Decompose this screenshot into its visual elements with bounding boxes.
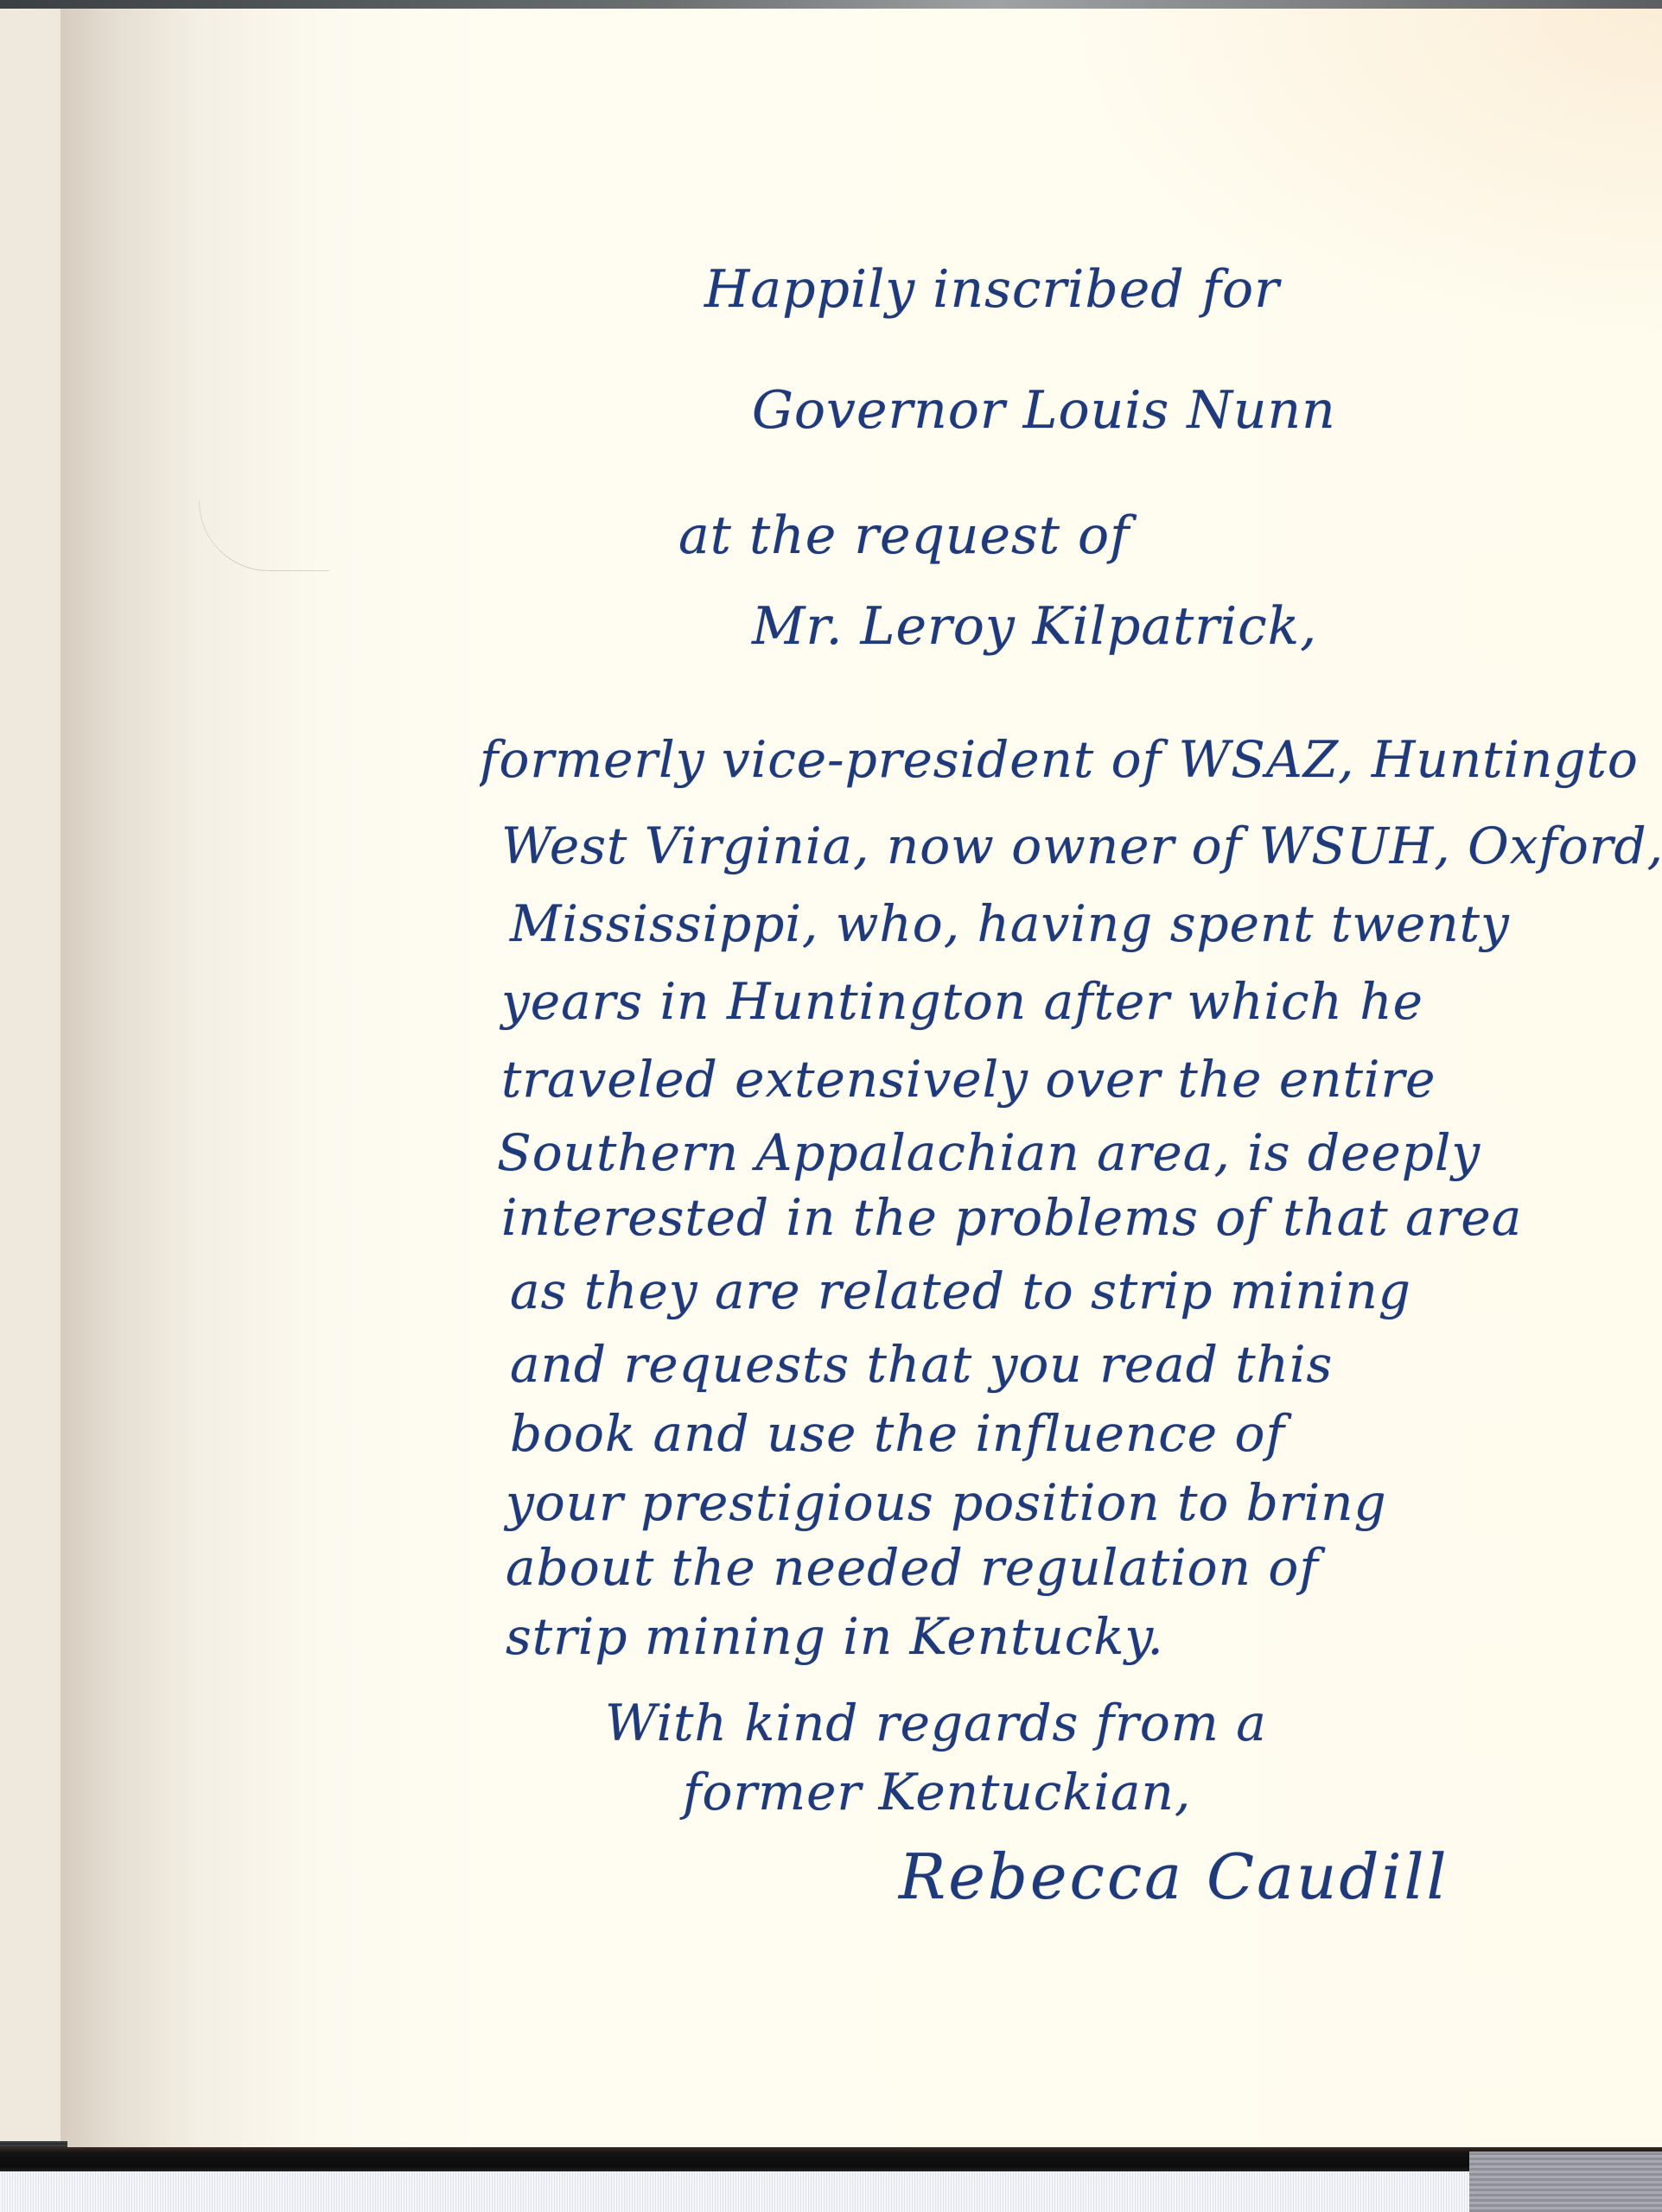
inscription-closing-line: former Kentuckian, bbox=[683, 1763, 1191, 1821]
inscription-body-line: formerly vice-president of WSAZ, Hunting… bbox=[480, 730, 1662, 789]
inscription-body-line: and requests that you read this bbox=[510, 1335, 1333, 1394]
inscription-body-line: book and use the influence of bbox=[510, 1404, 1285, 1463]
scanner-bed-shadow bbox=[1469, 2152, 1662, 2212]
inscription-body-line: about the needed regulation of bbox=[506, 1538, 1319, 1597]
inscription-body-line: Mississippi, who, having spent twenty bbox=[510, 894, 1510, 953]
book-cover-bottom-edge bbox=[0, 2147, 1662, 2171]
author-signature: Rebecca Caudill bbox=[899, 1840, 1449, 1913]
inscription-body-line: your prestigious position to bring bbox=[506, 1473, 1387, 1532]
inscription-body-line: as they are related to strip mining bbox=[510, 1262, 1411, 1320]
scanner-bed bbox=[0, 2171, 1662, 2212]
inscription-body-line: years in Huntington after which he bbox=[501, 972, 1423, 1031]
handwritten-inscription: Happily inscribed for Governor Louis Nun… bbox=[0, 0, 1662, 2147]
inscription-closing-line: With kind regards from a bbox=[605, 1694, 1267, 1752]
inscription-body-line: Southern Appalachian area, is deeply bbox=[497, 1123, 1481, 1182]
inscription-heading-line: Mr. Leroy Kilpatrick, bbox=[752, 596, 1317, 657]
inscription-heading-line: Happily inscribed for bbox=[704, 259, 1280, 320]
inscription-body-line: traveled extensively over the entire bbox=[501, 1050, 1436, 1109]
inscription-body-line: West Virginia, now owner of WSUH, Oxford… bbox=[501, 817, 1662, 875]
inscription-body-line: strip mining in Kentucky. bbox=[506, 1607, 1164, 1666]
inscription-heading-line: at the request of bbox=[678, 505, 1130, 566]
inscription-body-line: interested in the problems of that area bbox=[501, 1188, 1522, 1247]
inscription-heading-line: Governor Louis Nunn bbox=[752, 380, 1336, 441]
